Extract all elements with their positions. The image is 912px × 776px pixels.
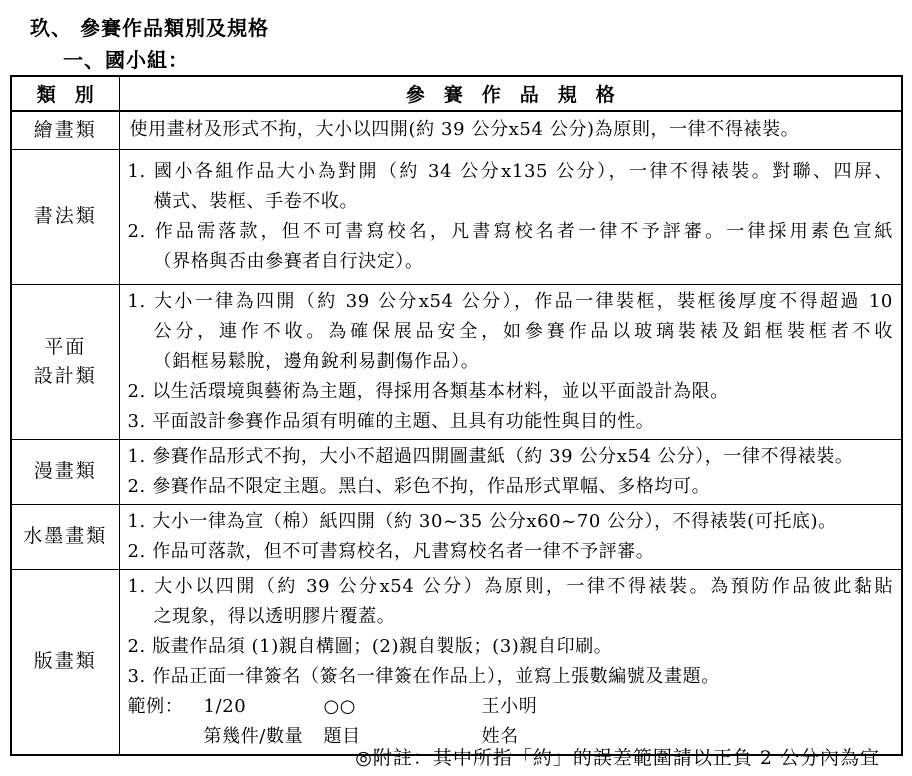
category-label-calligraphy: 書法類 [11,149,119,284]
example-caption-number: 第幾件/數量 [204,722,324,752]
table-header-row: 類 別 參 賽 作 品 規 格 [11,76,902,111]
spec-cell-comic: 1. 參賽作品形式不拘，大小不超過四開圖畫紙（約 39 公分x54 公分），一律… [119,439,902,504]
spec-line: 之現象，得以透明膠片覆蓋。 [128,602,894,632]
spec-line: 2. 版畫作品須 (1)親自構圖；(2)親自製版；(3)親自印刷。 [128,632,894,662]
example-name: 王小明 [482,696,538,717]
table-row-printmaking: 版畫類 1. 大小以四開（約 39 公分x54 公分）為原則，一律不得裱裝。為預… [11,569,902,755]
spec-cell-calligraphy: 1. 國小各組作品大小為對開（約 34 公分x135 公分），一律不得裱裝。對聯… [119,149,902,284]
spec-line: 2. 參賽作品不限定主題。黑白、彩色不拘，作品形式單幅、多格均可。 [128,472,894,502]
example-number: 1/20 [204,692,324,722]
table-row-ink-painting: 水墨畫類 1. 大小一律為宣（棉）紙四開（約 30~35 公分x60~70 公分… [11,504,902,569]
spec-line: 3. 作品正面一律簽名（簽名一律簽在作品上），並寫上張數編號及畫題。 [128,662,894,692]
spec-line: 3. 平面設計參賽作品須有明確的主題、且具有功能性與目的性。 [128,407,894,437]
header-spec: 參 賽 作 品 規 格 [119,76,902,111]
spec-line: 2. 作品可落款，但不可書寫校名，凡書寫校名者一律不予評審。 [128,537,894,567]
spec-line: 1. 國小各組作品大小為對開（約 34 公分x135 公分），一律不得裱裝。對聯… [128,157,894,187]
spec-line: 2. 以生活環境與藝術為主題，得採用各類基本材料，並以平面設計為限。 [128,377,894,407]
category-label-ink-painting: 水墨畫類 [11,504,119,569]
spec-line: 使用畫材及形式不拘，大小以四開(約 39 公分x54 公分)為原則，一律不得裱裝… [128,115,894,145]
spec-cell-ink-painting: 1. 大小一律為宣（棉）紙四開（約 30~35 公分x60~70 公分），不得裱… [119,504,902,569]
spec-line: 橫式、裝框、手卷不收。 [128,187,894,217]
table-row-painting: 繪畫類 使用畫材及形式不拘，大小以四開(約 39 公分x54 公分)為原則，一律… [11,111,902,149]
spec-cell-graphic-design: 1. 大小一律為四開（約 39 公分x54 公分），作品一律裝框，裝框後厚度不得… [119,284,902,439]
spec-line: 1. 參賽作品形式不拘，大小不超過四開圖畫紙（約 39 公分x54 公分），一律… [128,442,894,472]
spec-line: 1. 大小一律為宣（棉）紙四開（約 30~35 公分x60~70 公分），不得裱… [128,507,894,537]
table-row-calligraphy: 書法類 1. 國小各組作品大小為對開（約 34 公分x135 公分），一律不得裱… [11,149,902,284]
category-line: 設計類 [12,362,119,391]
category-line: 平面 [12,333,119,362]
spec-line: 公分，連作不收。為確保展品安全，如參賽作品以玻璃裝裱及鋁框裝框者不收 [128,317,894,347]
example-title-circles: ○○ [324,692,482,722]
table-row-graphic-design: 平面 設計類 1. 大小一律為四開（約 39 公分x54 公分），作品一律裝框，… [11,284,902,439]
document-page: 玖、 參賽作品類別及規格 一、國小組： 類 別 參 賽 作 品 規 格 繪畫類 … [0,0,912,776]
spec-cell-printmaking: 1. 大小以四開（約 39 公分x54 公分）為原則，一律不得裱裝。為預防作品彼… [119,569,902,755]
spec-line: （界格與否由參賽者自行決定）。 [128,247,894,277]
footnote: ◎附註：其中所指「約」的誤差範圍請以正負 2 公分內為宜 [355,743,880,770]
example-label: 範例： [128,692,204,722]
spec-line: 1. 大小以四開（約 39 公分x54 公分）為原則，一律不得裱裝。為預防作品彼… [128,572,894,602]
spec-table: 類 別 參 賽 作 品 規 格 繪畫類 使用畫材及形式不拘，大小以四開(約 39… [10,75,903,756]
spec-cell-painting: 使用畫材及形式不拘，大小以四開(約 39 公分x54 公分)為原則，一律不得裱裝… [119,111,902,149]
spec-line: 2. 作品需落款，但不可書寫校名，凡書寫校名者一律不予評審。一律採用素色宣紙 [128,217,894,247]
example-line-values: 範例：1/20○○王小明 [128,692,894,722]
category-label-printmaking: 版畫類 [11,569,119,755]
table-row-comic: 漫畫類 1. 參賽作品形式不拘，大小不超過四開圖畫紙（約 39 公分x54 公分… [11,439,902,504]
category-label-comic: 漫畫類 [11,439,119,504]
category-label-painting: 繪畫類 [11,111,119,149]
spec-line: （鋁框易鬆脫，邊角銳利易劃傷作品）。 [128,347,894,377]
spec-line: 1. 大小一律為四開（約 39 公分x54 公分），作品一律裝框，裝框後厚度不得… [128,287,894,317]
header-category: 類 別 [11,76,119,111]
category-label-graphic-design: 平面 設計類 [11,284,119,439]
section-title: 玖、 參賽作品類別及規格 [30,12,269,41]
group-subtitle: 一、國小組： [63,44,189,73]
